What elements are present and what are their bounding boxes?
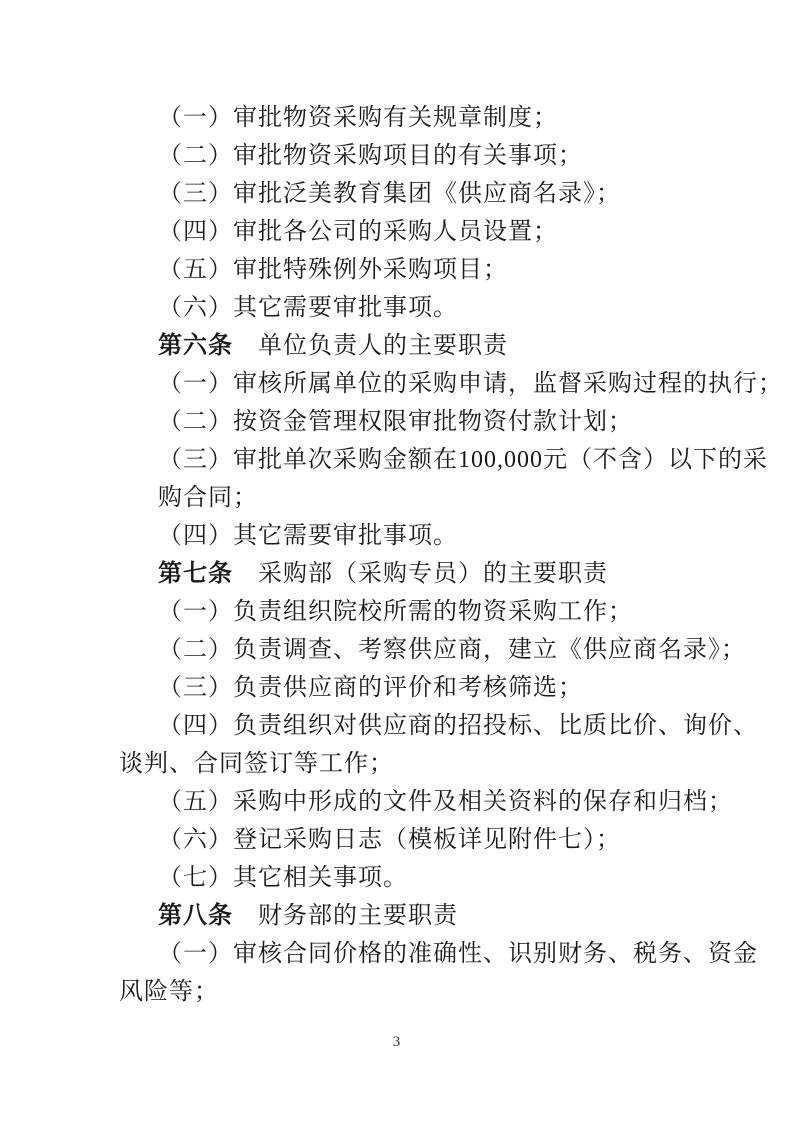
text-line: （一）负责组织院校所需的物资采购工作；	[158, 593, 633, 631]
line-text: 购合同；	[158, 485, 258, 511]
page-number: 3	[0, 1033, 793, 1051]
line-text: 财务部的主要职责	[233, 903, 458, 929]
text-line: （一）审核所属单位的采购申请，监督采购过程的执行；	[158, 365, 783, 403]
line-text: （一）负责组织院校所需的物资采购工作；	[158, 599, 633, 625]
line-text: （三）负责供应商的评价和考核筛选；	[158, 675, 583, 701]
text-line: （三）审批泛美教育集团《供应商名录》；	[158, 175, 621, 213]
line-text: 单位负责人的主要职责	[233, 333, 508, 359]
line-text: （二）负责调查、考察供应商，建立《供应商名录》；	[158, 637, 746, 663]
line-text: （四）审批各公司的采购人员设置；	[158, 219, 558, 245]
text-line: （一）审核合同价格的准确性、识别财务、税务、资金	[158, 935, 758, 973]
line-text: （四）其它需要审批事项。	[158, 523, 458, 549]
line-text: 谈判、合同签订等工作；	[119, 751, 394, 777]
section-heading-line: 第六条 单位负责人的主要职责	[158, 327, 508, 365]
document-page: （一）审批物资采购有关规章制度；（二）审批物资采购项目的有关事项；（三）审批泛美…	[0, 0, 793, 1122]
line-text: （二）按资金管理权限审批物资付款计划；	[158, 409, 633, 435]
text-line: （三）审批单次采购金额在100,000元（不含）以下的采	[158, 441, 768, 479]
line-text: （六）其它需要审批事项。	[158, 295, 458, 321]
line-text: 风险等；	[119, 979, 219, 1005]
line-text: （一）审核合同价格的准确性、识别财务、税务、资金	[158, 941, 758, 967]
text-line: 购合同；	[158, 479, 258, 517]
text-line: （三）负责供应商的评价和考核筛选；	[158, 669, 583, 707]
text-line: 谈判、合同签订等工作；	[119, 745, 394, 783]
line-text: 采购部（采购专员）的主要职责	[233, 561, 608, 587]
line-text: （五）审批特殊例外采购项目；	[158, 257, 508, 283]
line-text: （三）审批单次采购金额在100,000元（不含）以下的采	[158, 447, 768, 473]
line-text: （六）登记采购日志（模板详见附件七）；	[158, 827, 621, 853]
article-number: 第七条	[158, 560, 233, 587]
line-text: （一）审批物资采购有关规章制度；	[158, 105, 558, 131]
text-line: （二）按资金管理权限审批物资付款计划；	[158, 403, 633, 441]
line-text: （四）负责组织对供应商的招投标、比质比价、询价、	[158, 713, 758, 739]
section-heading-line: 第七条 采购部（采购专员）的主要职责	[158, 555, 608, 593]
line-text: （三）审批泛美教育集团《供应商名录》；	[158, 181, 621, 207]
text-line: （二）审批物资采购项目的有关事项；	[158, 137, 583, 175]
text-line: （六）登记采购日志（模板详见附件七）；	[158, 821, 621, 859]
text-line: （二）负责调查、考察供应商，建立《供应商名录》；	[158, 631, 746, 669]
text-line: （一）审批物资采购有关规章制度；	[158, 99, 558, 137]
text-line: （四）负责组织对供应商的招投标、比质比价、询价、	[158, 707, 758, 745]
text-line: （七）其它相关事项。	[158, 859, 408, 897]
text-line: （五）审批特殊例外采购项目；	[158, 251, 508, 289]
article-number: 第六条	[158, 332, 233, 359]
text-line: 风险等；	[119, 973, 219, 1011]
line-text: （二）审批物资采购项目的有关事项；	[158, 143, 583, 169]
section-heading-line: 第八条 财务部的主要职责	[158, 897, 458, 935]
line-text: （七）其它相关事项。	[158, 865, 408, 891]
line-text: （五）采购中形成的文件及相关资料的保存和归档；	[158, 789, 733, 815]
article-number: 第八条	[158, 902, 233, 929]
text-line: （四）审批各公司的采购人员设置；	[158, 213, 558, 251]
line-text: （一）审核所属单位的采购申请，监督采购过程的执行；	[158, 371, 783, 397]
text-line: （六）其它需要审批事项。	[158, 289, 458, 327]
text-line: （五）采购中形成的文件及相关资料的保存和归档；	[158, 783, 733, 821]
document-body: （一）审批物资采购有关规章制度；（二）审批物资采购项目的有关事项；（三）审批泛美…	[0, 0, 793, 1122]
text-line: （四）其它需要审批事项。	[158, 517, 458, 555]
